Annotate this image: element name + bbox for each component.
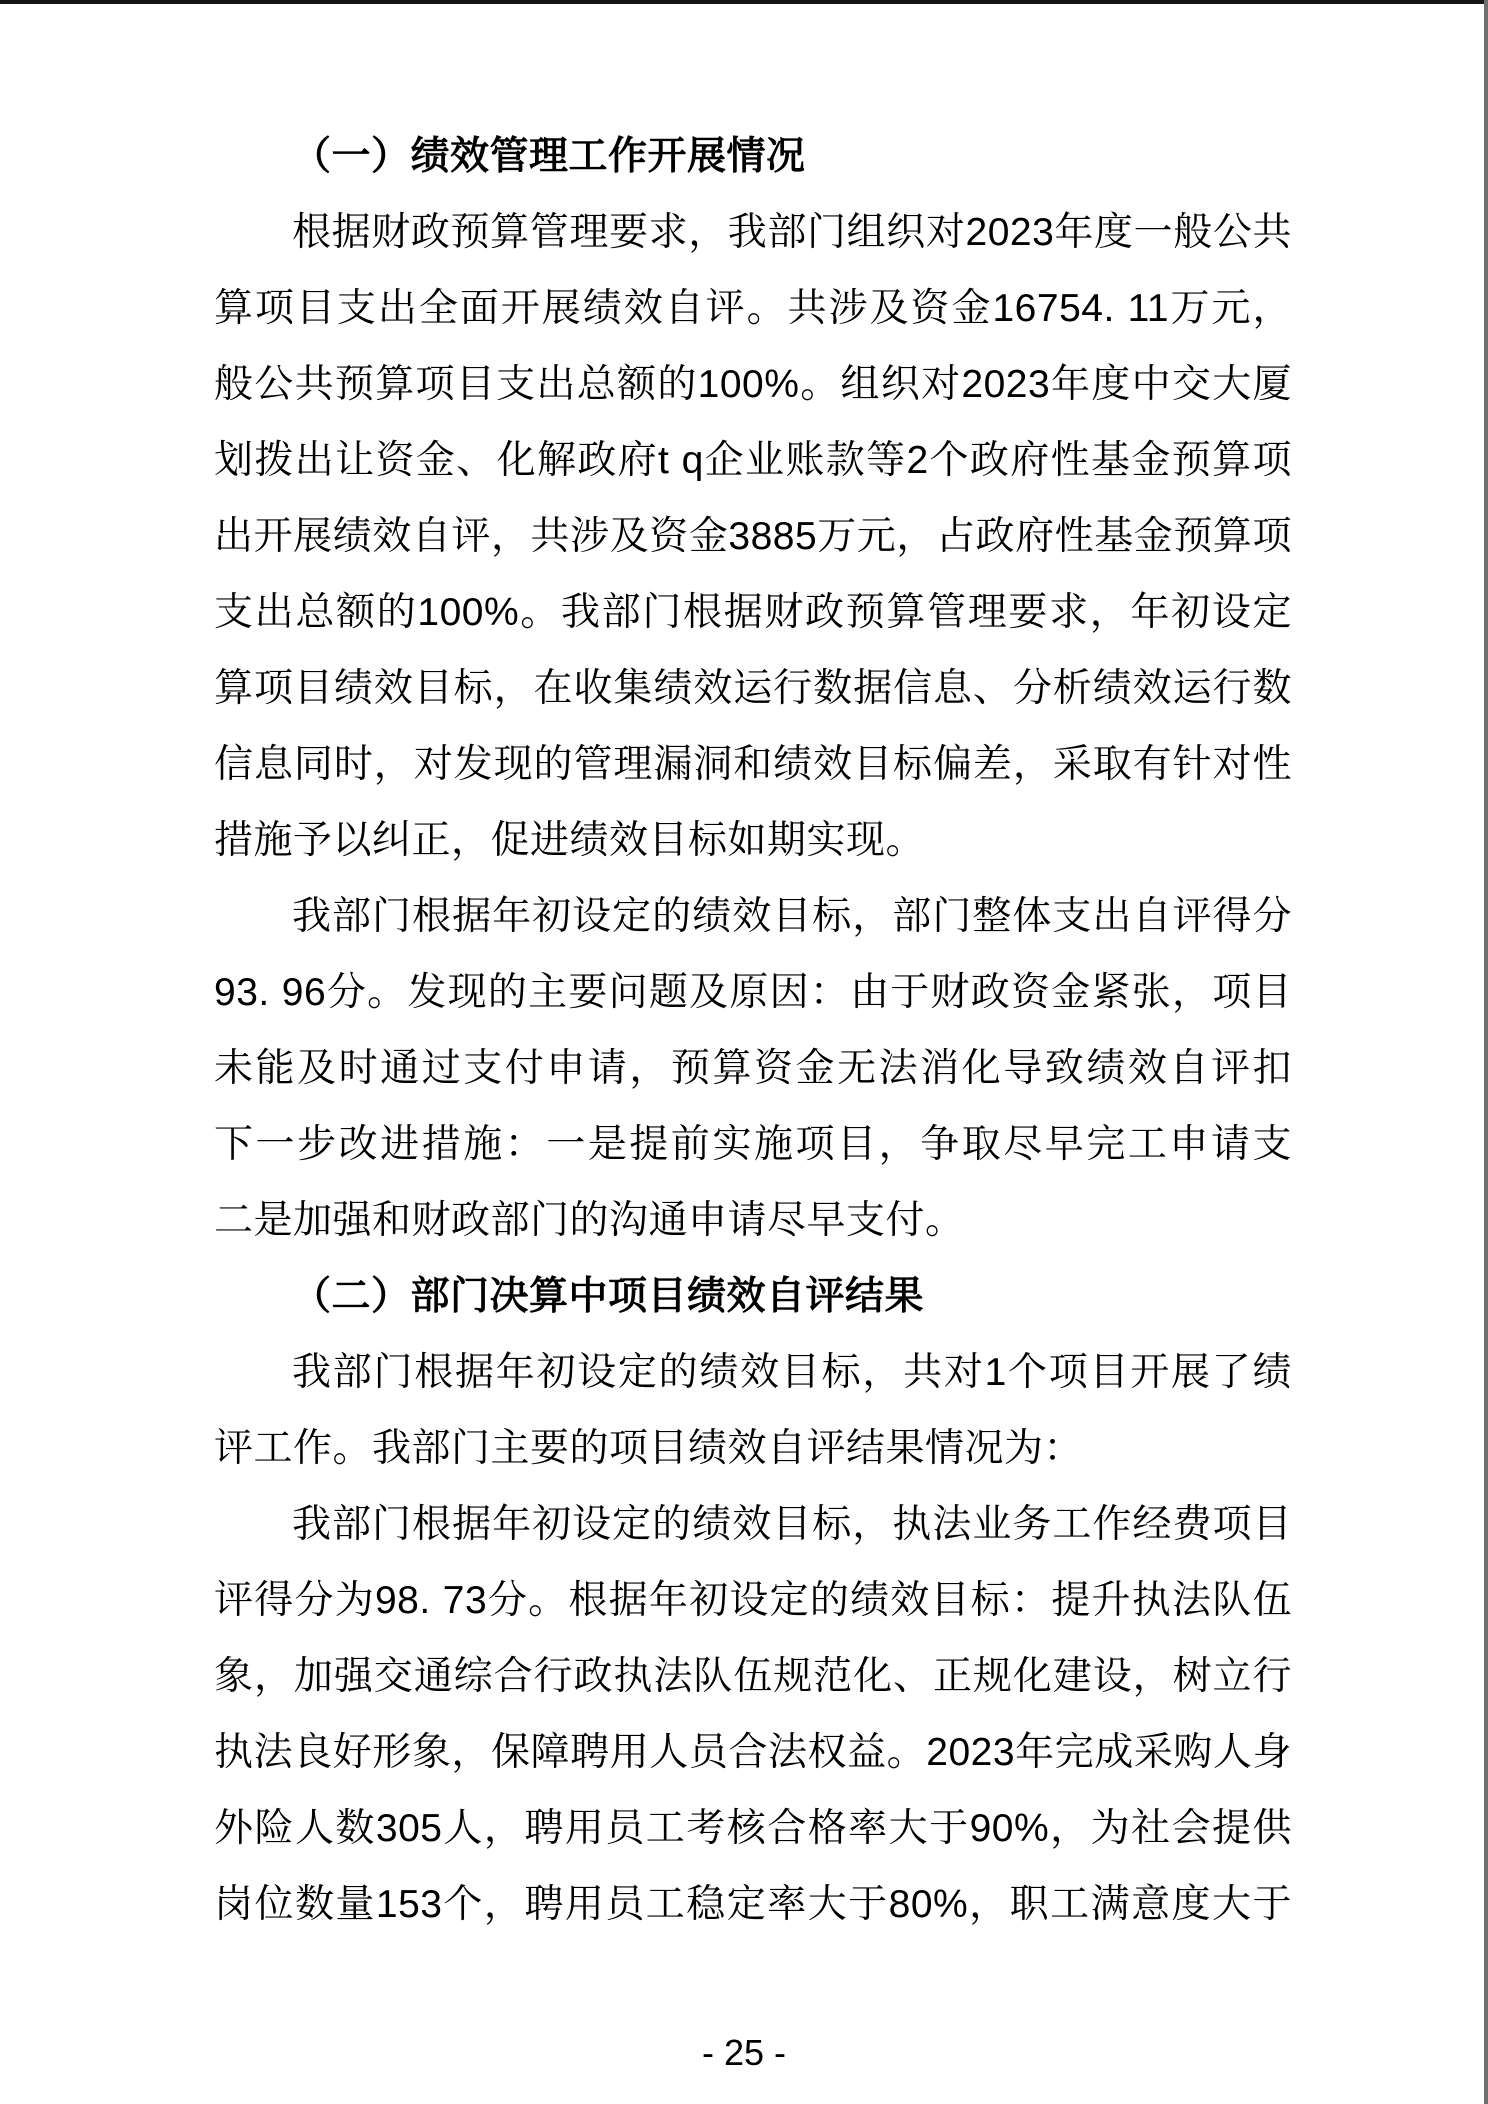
text-line: 我部门根据年初设定的绩效目标，共对1个项目开展了绩效自 (214, 1335, 1292, 1411)
text-line: 93. 96分。发现的主要问题及原因：由于财政资金紧张，项目资金 (214, 955, 1292, 1031)
text-line: 下一步改进措施：一是提前实施项目，争取尽早完工申请支付； (214, 1107, 1292, 1183)
text-line: 我部门根据年初设定的绩效目标，部门整体支出自评得分为 (214, 879, 1292, 955)
text-line: 措施予以纠正，促进绩效目标如期实现。 (214, 803, 1292, 879)
text-line: 评工作。我部门主要的项目绩效自评结果情况为： (214, 1411, 1292, 1487)
paragraph: 我部门根据年初设定的绩效目标，共对1个项目开展了绩效自评工作。我部门主要的项目绩… (214, 1335, 1292, 1487)
paragraph: 根据财政预算管理要求，我部门组织对2023年度一般公共预算项目支出全面开展绩效自… (214, 195, 1292, 879)
text-line: 算项目支出全面开展绩效自评。共涉及资金16754. 11万元，占一 (214, 271, 1292, 347)
scan-edge-right (1484, 0, 1488, 2104)
text-line: 执法良好形象，保障聘用人员合法权益。2023年完成采购人身意 (214, 1715, 1292, 1791)
text-line: 岗位数量153个，聘用员工稳定率大于80%，职工满意度大于80%。 (214, 1867, 1292, 1943)
text-line: 评得分为98. 73分。根据年初设定的绩效目标：提升执法队伍形 (214, 1563, 1292, 1639)
text-line: 二是加强和财政部门的沟通申请尽早支付。 (214, 1183, 1292, 1259)
text-line: 划拨出让资金、化解政府t q企业账款等2个政府性基金预算项目支 (214, 423, 1292, 499)
section-heading: （一）绩效管理工作开展情况 (214, 119, 1292, 195)
text-line: 象，加强交通综合行政执法队伍规范化、正规化建设，树立行政 (214, 1639, 1292, 1715)
text-line: 我部门根据年初设定的绩效目标，执法业务工作经费项目自 (214, 1487, 1292, 1563)
paragraph: 我部门根据年初设定的绩效目标，部门整体支出自评得分为93. 96分。发现的主要问… (214, 879, 1292, 1259)
page-number: - 25 - (702, 2032, 786, 2073)
scan-edge-top (0, 0, 1488, 4)
text-line: 出开展绩效自评，共涉及资金3885万元，占政府性基金预算项目 (214, 499, 1292, 575)
document-content: （一）绩效管理工作开展情况根据财政预算管理要求，我部门组织对2023年度一般公共… (214, 119, 1292, 1943)
document-page: （一）绩效管理工作开展情况根据财政预算管理要求，我部门组织对2023年度一般公共… (0, 0, 1488, 2104)
text-line: 根据财政预算管理要求，我部门组织对2023年度一般公共预 (214, 195, 1292, 271)
text-line: 般公共预算项目支出总额的100%。组织对2023年度中交大厦土地 (214, 347, 1292, 423)
text-line: 未能及时通过支付申请，预算资金无法消化导致绩效自评扣分。 (214, 1031, 1292, 1107)
paragraph: 我部门根据年初设定的绩效目标，执法业务工作经费项目自评得分为98. 73分。根据… (214, 1487, 1292, 1943)
text-line: 算项目绩效目标，在收集绩效运行数据信息、分析绩效运行数据 (214, 651, 1292, 727)
page-footer: - 25 - (0, 2031, 1488, 2075)
text-line: 信息同时，对发现的管理漏洞和绩效目标偏差，采取有针对性的 (214, 727, 1292, 803)
text-line: 外险人数305人，聘用员工考核合格率大于90%，为社会提供就业 (214, 1791, 1292, 1867)
section-heading: （二）部门决算中项目绩效自评结果 (214, 1259, 1292, 1335)
text-line: 支出总额的100%。我部门根据财政预算管理要求，年初设定了预 (214, 575, 1292, 651)
